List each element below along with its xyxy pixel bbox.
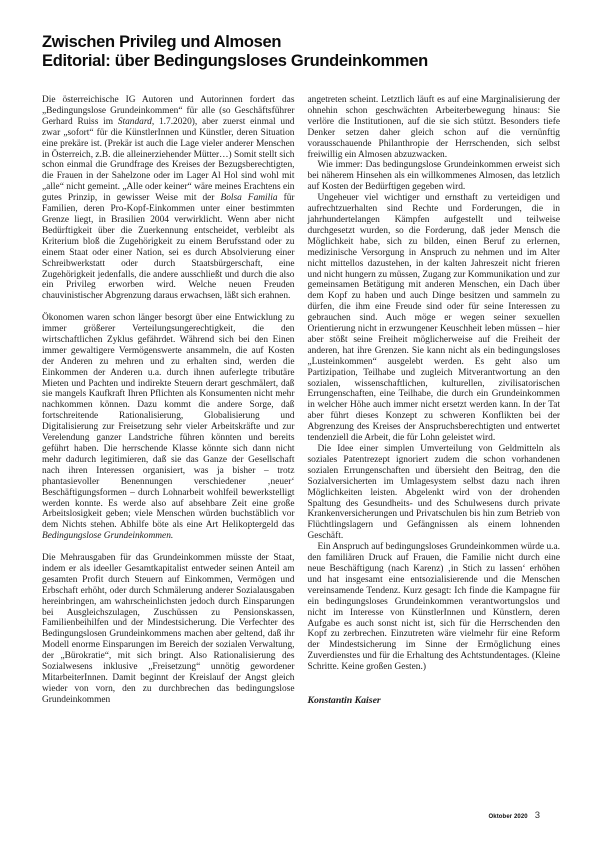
text-run: Die Mehrausgaben für das Grundeinkommen … — [42, 553, 295, 705]
page-title: Zwischen Privileg und Almosen Editorial:… — [42, 33, 428, 71]
text-run: Die Idee einer simplen Umverteilung von … — [308, 444, 561, 541]
text-run: angetreten scheint. Letztlich läuft es a… — [308, 95, 561, 160]
paragraph: Ökonomen waren schon länger besorgt über… — [42, 313, 295, 542]
paragraph: Die Idee einer simplen Umverteilung von … — [308, 444, 561, 542]
column-left: Die österreichische IG Autoren und Autor… — [42, 95, 295, 707]
paragraph: Wie immer: Das bedingungslose Grundeinko… — [308, 160, 561, 193]
italic-text-run: Bolsa Familia — [220, 193, 277, 203]
text-run: Ein Anspruch auf bedingungsloses Grundei… — [308, 542, 561, 672]
author-signature: Konstantin Kaiser — [308, 696, 561, 707]
text-run: Ökonomen waren schon länger besorgt über… — [42, 313, 295, 530]
document-page: Zwischen Privileg und Almosen Editorial:… — [0, 0, 600, 849]
italic-text-run: Standard — [118, 117, 152, 127]
article-body: Die österreichische IG Autoren und Autor… — [42, 95, 560, 707]
paragraph: Die Mehrausgaben für das Grundeinkommen … — [42, 553, 295, 706]
paragraph: Ungeheuer viel wichtiger und ernsthaft z… — [308, 193, 561, 444]
page-footer: Oktober 2020 3 — [488, 810, 540, 821]
paragraph: Die österreichische IG Autoren und Autor… — [42, 95, 295, 302]
title-line-2: Editorial: über Bedingungsloses Grundein… — [42, 52, 428, 71]
column-right: angetreten scheint. Letztlich läuft es a… — [308, 95, 561, 707]
text-run: Wie immer: Das bedingungslose Grundeinko… — [308, 160, 561, 192]
page-number: 3 — [535, 810, 540, 821]
title-line-1: Zwischen Privileg und Almosen — [42, 33, 428, 52]
italic-text-run: Bedingungslose Grundeinkommen. — [42, 531, 173, 541]
text-run: für Familien, deren Pro-Kopf-Einkommen u… — [42, 193, 295, 301]
issue-date: Oktober 2020 — [488, 814, 527, 820]
paragraph: angetreten scheint. Letztlich läuft es a… — [308, 95, 561, 160]
text-run: , 1.7.2020), aber zuerst einmal und zwar… — [42, 117, 295, 203]
paragraph: Ein Anspruch auf bedingungsloses Grundei… — [308, 542, 561, 673]
text-run: Ungeheuer viel wichtiger und ernsthaft z… — [308, 193, 561, 443]
